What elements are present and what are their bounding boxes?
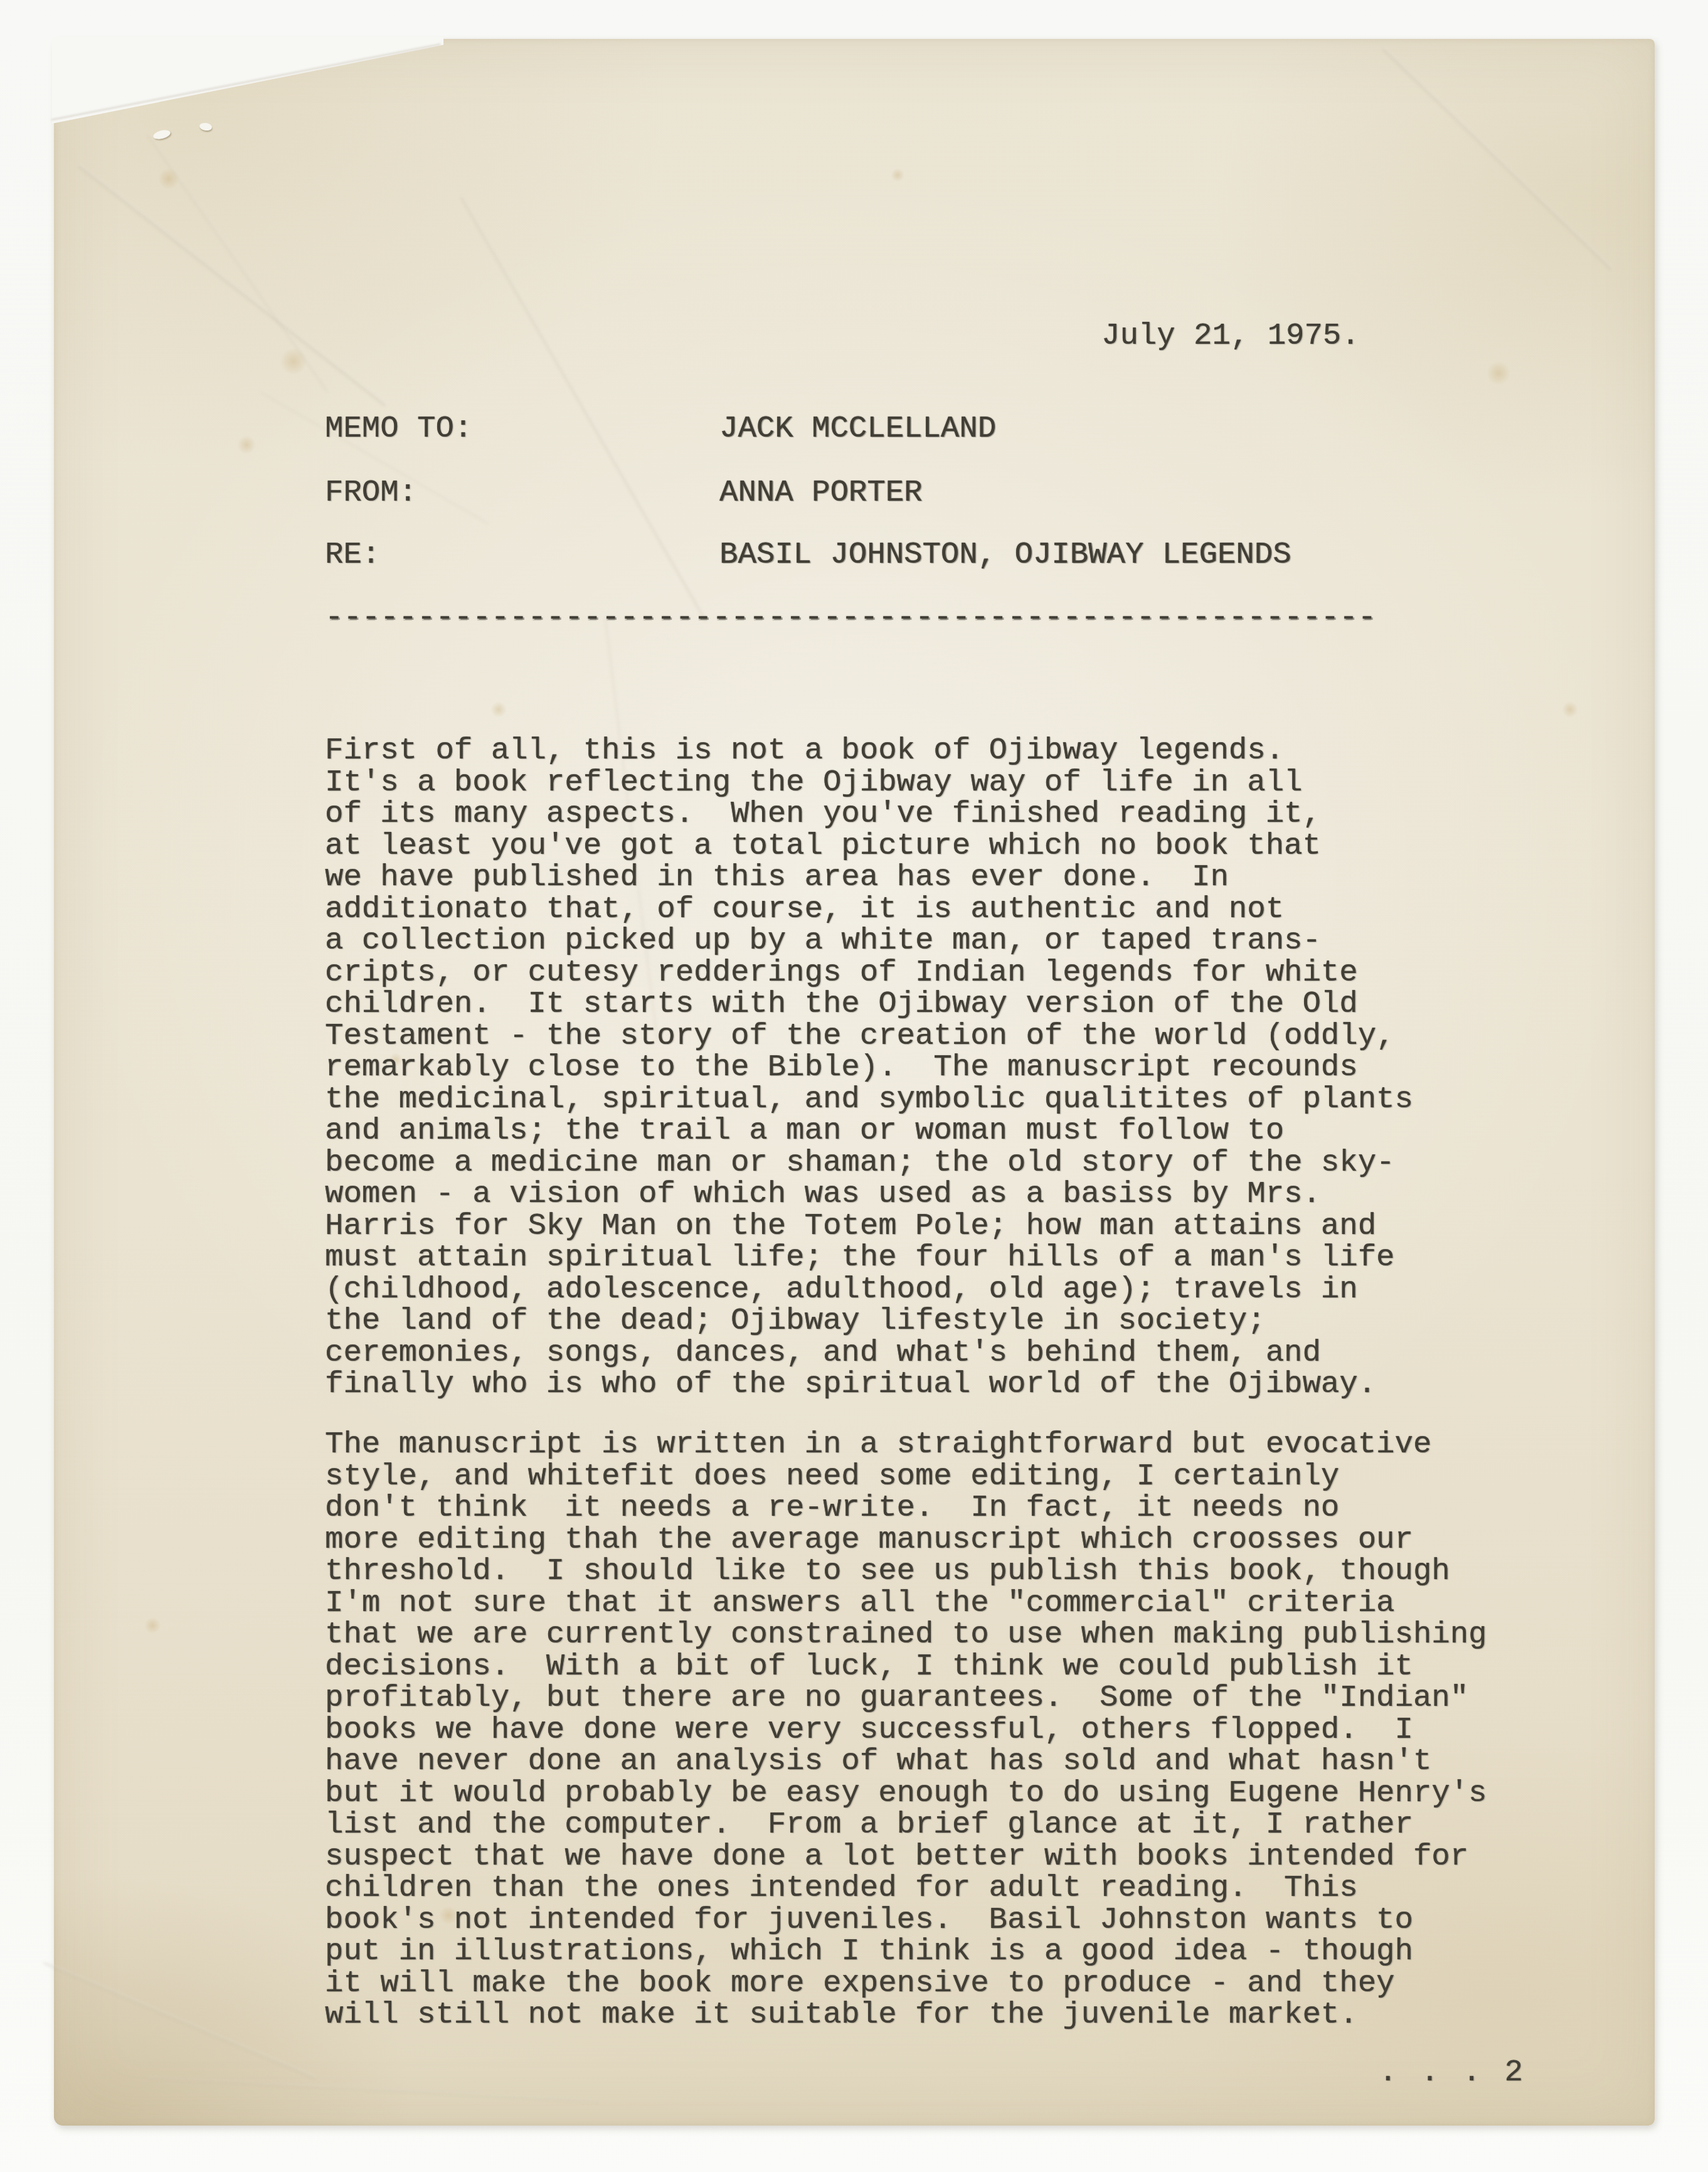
- stain: [491, 701, 507, 718]
- from-value: ANNA PORTER: [719, 477, 922, 509]
- crease-line: [148, 2077, 599, 2103]
- stain: [144, 1617, 161, 1634]
- body-paragraph-2: The manuscript is written in a straightf…: [325, 1429, 1487, 2031]
- paper-tear: [199, 122, 212, 132]
- memo-page: July 21, 1975. MEMO TO: JACK MCCLELLAND …: [54, 39, 1655, 2126]
- stain: [1562, 701, 1578, 718]
- from-label: FROM:: [325, 477, 417, 509]
- crease-line: [78, 164, 386, 406]
- page-continuation-marker: . . . 2: [1379, 2057, 1525, 2089]
- paper-tear: [152, 129, 171, 141]
- body-paragraph-1: First of all, this is not a book of Ojib…: [325, 735, 1413, 1400]
- stain: [891, 168, 904, 182]
- crease-line: [43, 1961, 316, 2079]
- stain: [1487, 361, 1510, 385]
- stain: [280, 348, 307, 375]
- memo-to-value: JACK MCCLELLAND: [719, 413, 996, 445]
- crease-line: [1383, 48, 1613, 270]
- separator-dashes: ----------------------------------------…: [325, 602, 1376, 634]
- re-label: RE:: [325, 539, 380, 571]
- stain: [158, 168, 179, 189]
- crease-line: [460, 196, 707, 621]
- scanner-background: July 21, 1975. MEMO TO: JACK MCCLELLAND …: [0, 0, 1708, 2172]
- re-value: BASIL JOHNSTON, OJIBWAY LEGENDS: [719, 539, 1292, 571]
- memo-date: July 21, 1975.: [1101, 320, 1360, 352]
- memo-to-label: MEMO TO:: [325, 413, 472, 445]
- stain: [237, 435, 256, 454]
